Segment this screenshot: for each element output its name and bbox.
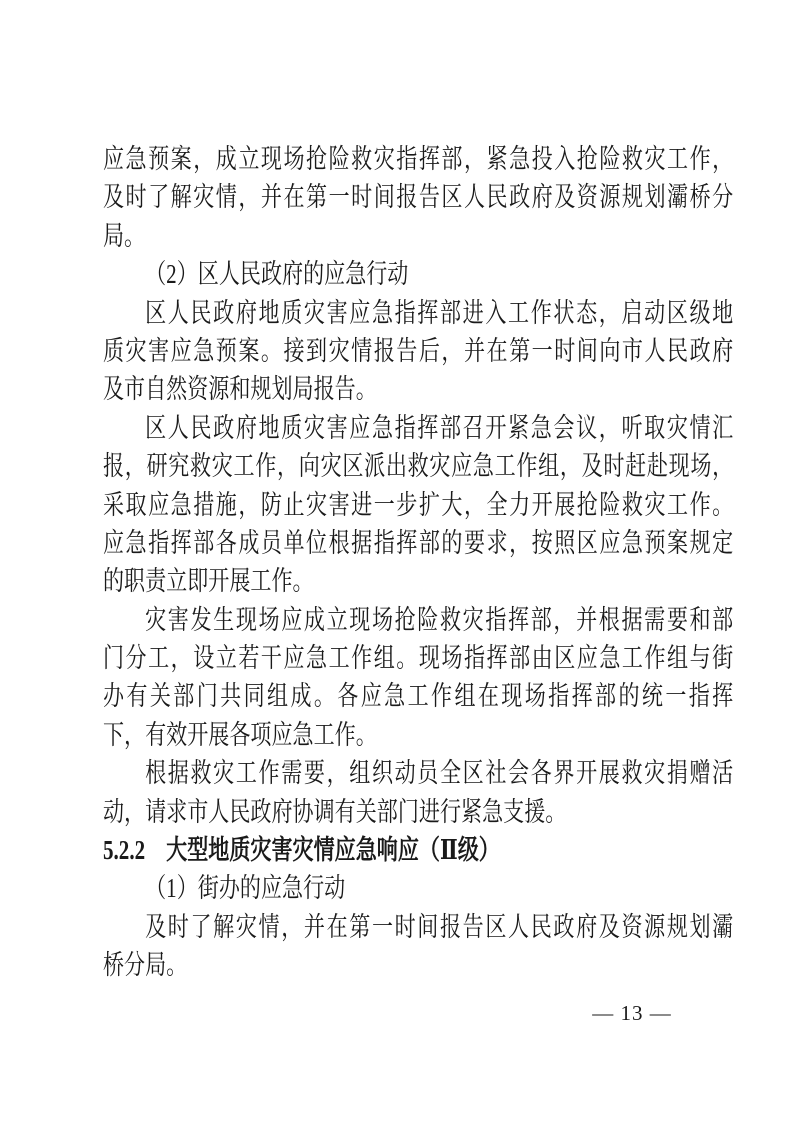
subheading-line: （1）街办的应急行动 bbox=[103, 869, 733, 907]
text-line: 下，有效开展各项应急工作。 bbox=[103, 716, 733, 754]
text-line: 区人民政府地质灾害应急指挥部进入工作状态，启动区级地 bbox=[103, 294, 733, 332]
text-line: 及时了解灾情，并在第一时间报告区人民政府及资源规划灞桥分 bbox=[103, 178, 733, 216]
text-line: 质灾害应急预案。接到灾情报告后，并在第一时间向市人民政府 bbox=[103, 332, 733, 370]
text-line: 应急预案，成立现场抢险救灾指挥部，紧急投入抢险救灾工作， bbox=[103, 140, 733, 178]
page-number: — 13 — bbox=[532, 998, 732, 1028]
document-page: 应急预案，成立现场抢险救灾指挥部，紧急投入抢险救灾工作， 及时了解灾情，并在第一… bbox=[0, 0, 793, 1122]
text-line: 区人民政府地质灾害应急指挥部召开紧急会议，听取灾情汇 bbox=[103, 409, 733, 447]
text-line: 灾害发生现场应成立现场抢险救灾指挥部，并根据需要和部 bbox=[103, 601, 733, 639]
section-heading-5-2-2: 5.2.2 大型地质灾害灾情应急响应（Ⅱ级） bbox=[103, 831, 733, 869]
document-text-block: 应急预案，成立现场抢险救灾指挥部，紧急投入抢险救灾工作， 及时了解灾情，并在第一… bbox=[103, 140, 733, 985]
text-line: 根据救灾工作需要，组织动员全区社会各界开展救灾捐赠活 bbox=[103, 754, 733, 792]
text-line: 采取应急措施，防止灾害进一步扩大，全力开展抢险救灾工作。 bbox=[103, 486, 733, 524]
text-line: 动，请求市人民政府协调有关部门进行紧急支援。 bbox=[103, 793, 733, 831]
text-line: 办有关部门共同组成。各应急工作组在现场指挥部的统一指挥 bbox=[103, 677, 733, 715]
text-line: 及时了解灾情，并在第一时间报告区人民政府及资源规划灞 bbox=[103, 908, 733, 946]
text-line: 报，研究救灾工作，向灾区派出救灾应急工作组，及时赶赴现场， bbox=[103, 447, 733, 485]
subheading-line: （2）区人民政府的应急行动 bbox=[103, 255, 733, 293]
text-line: 门分工，设立若干应急工作组。现场指挥部由区应急工作组与街 bbox=[103, 639, 733, 677]
text-line: 的职责立即开展工作。 bbox=[103, 562, 733, 600]
text-line: 局。 bbox=[103, 217, 733, 255]
text-line: 及市自然资源和规划局报告。 bbox=[103, 370, 733, 408]
text-line: 应急指挥部各成员单位根据指挥部的要求，按照区应急预案规定 bbox=[103, 524, 733, 562]
text-line: 桥分局。 bbox=[103, 946, 733, 984]
